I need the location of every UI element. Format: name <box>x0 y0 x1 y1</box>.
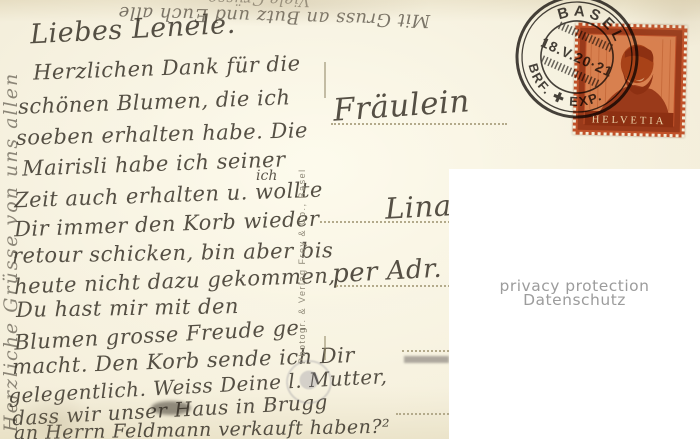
message-heading: Liebes Lenele. <box>29 9 236 51</box>
privacy-text-de: Datenschutz <box>449 293 700 307</box>
divider-line-bottom <box>324 336 326 360</box>
address-rule <box>336 285 450 287</box>
message-line: heute nicht dazu gekommen, <box>14 263 336 298</box>
message-line: Herzlichen Dank für die <box>33 51 301 84</box>
address-rule <box>396 413 449 415</box>
censored-address-bar <box>404 356 449 363</box>
postcard-scan: Mit Gruss an Butz und Euch alle Viele Gr… <box>0 0 700 439</box>
message-line: retour schicken, bin aber bis <box>12 238 334 268</box>
faint-round-mark <box>286 360 332 404</box>
message-line: Du hast mir mit den <box>16 294 239 322</box>
message-line: soeben erhalten habe. Die <box>16 118 308 150</box>
privacy-overlay: privacy protection Datenschutz <box>449 169 700 439</box>
inserted-word: ich <box>256 168 277 184</box>
ink-blot <box>151 401 191 415</box>
divider-line-top <box>324 62 326 98</box>
message-line: Dir immer den Korb wieder <box>14 207 320 242</box>
address-rule <box>331 123 507 125</box>
message-line: schönen Blumen, die ich <box>18 85 291 118</box>
address-rule <box>402 350 449 352</box>
address-rule <box>320 221 450 223</box>
publisher-imprint: Photogr. & Verlag Frey & Co., Basel <box>297 74 307 364</box>
message-line: Mairisli habe ich seiner <box>22 147 286 180</box>
address-salutation: Fräulein <box>332 83 471 128</box>
